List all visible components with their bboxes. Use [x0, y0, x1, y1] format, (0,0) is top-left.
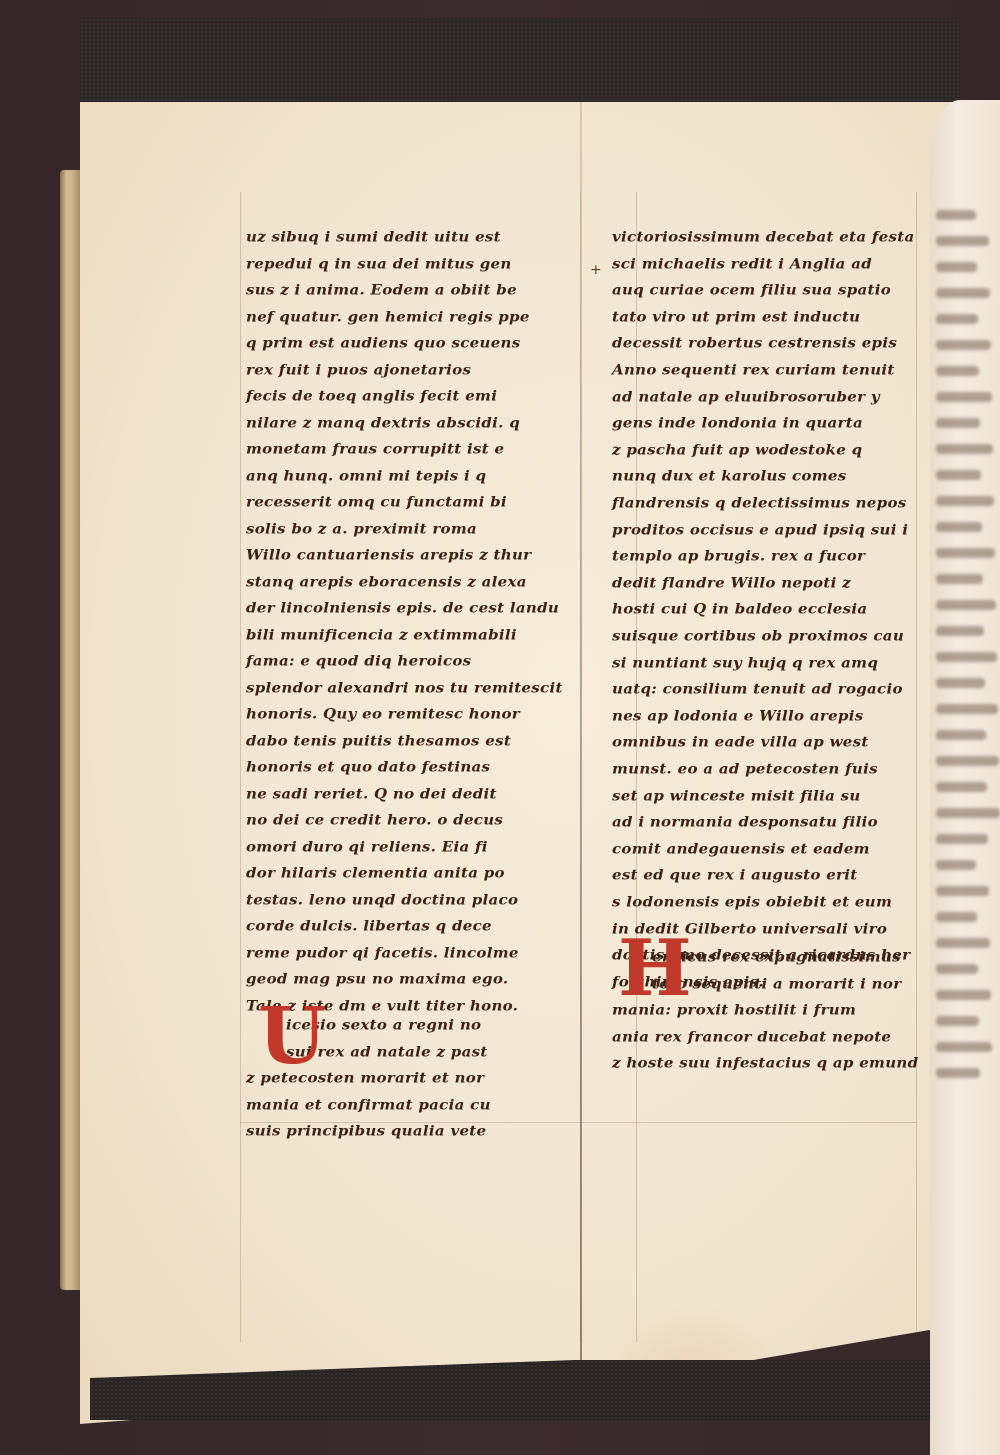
- manuscript-line: repedui q in sua dei mitus gen: [246, 255, 512, 271]
- facing-page-text-ghost: [936, 1068, 980, 1078]
- manuscript-line: Willo cantuariensis arepis z thur: [246, 547, 531, 563]
- facing-page-text-ghost: [936, 730, 986, 740]
- manuscript-line: ne sadi reriet. Q no dei dedit: [246, 785, 497, 801]
- rubric-initial-u: U: [258, 998, 326, 1076]
- facing-page-text-ghost: [936, 262, 977, 272]
- facing-page-text-ghost: [936, 990, 991, 1000]
- manuscript-line: fama: e quod diq heroicos: [246, 653, 471, 669]
- facing-page-curl: [930, 100, 1000, 1455]
- facing-page-text-ghost: [936, 314, 978, 324]
- manuscript-line: hosti cui Q in baldeo ecclesia: [612, 601, 867, 617]
- manuscript-line: stanq arepis eboracensis z alexa: [246, 573, 527, 589]
- facing-page-text-ghost: [936, 860, 976, 870]
- manuscript-line: bili munificencia z extimmabili: [246, 626, 517, 642]
- manuscript-line: q prim est audiens quo sceuens: [246, 335, 521, 351]
- manuscript-line: splendor alexandri nos tu remitescit: [246, 679, 563, 695]
- manuscript-line: anq hunq. omni mi tepis i q: [246, 467, 486, 483]
- facing-page-text-ghost: [936, 912, 977, 922]
- manuscript-line: uatq: consilium tenuit ad rogacio: [612, 681, 903, 697]
- manuscript-line: solis bo z a. preximit roma: [246, 520, 477, 536]
- manuscript-line: decessit robertus cestrensis epis: [612, 335, 897, 351]
- manuscript-line: s lodonensis epis obiebit et eum: [612, 894, 892, 910]
- facing-page-text-ghost: [936, 938, 990, 948]
- manuscript-line: omnibus in eade villa ap west: [612, 734, 869, 750]
- manuscript-line: geod mag psu no maxima ego.: [246, 971, 508, 987]
- manuscript-line: uz sibuq i sumi dedit uitu est: [246, 229, 501, 245]
- facing-page-text-ghost: [936, 522, 982, 532]
- facing-page-text-ghost: [936, 288, 990, 298]
- ruling-line-left: [240, 192, 241, 1342]
- manuscript-line: corde dulcis. libertas q dece: [246, 918, 492, 934]
- manuscript-line: dor hilaris clementia anita po: [246, 865, 505, 881]
- manuscript-line: ad i normania desponsatu filio: [612, 814, 878, 830]
- manuscript-line: sus z i anima. Eodem a obiit be: [246, 282, 517, 298]
- manuscript-line: dedit flandre Willo nepoti z: [612, 575, 851, 591]
- manuscript-line: fecis de toeq anglis fecit emi: [246, 388, 497, 404]
- manuscript-line: victoriosissimum decebat eta festa: [612, 229, 914, 245]
- facing-page-text-ghost: [936, 782, 987, 792]
- manuscript-line: z pascha fuit ap wodestoke q: [612, 442, 862, 458]
- manuscript-line: auq curiae ocem filiu sua spatio: [612, 282, 891, 298]
- manuscript-line: z hoste suu infestacius q ap emund: [612, 1055, 918, 1071]
- manuscript-line: suis principibus qualia vete: [246, 1123, 486, 1139]
- manuscript-line: nilare z manq dextris abscidi. q: [246, 414, 520, 430]
- manuscript-line: gens inde londonia in quarta: [612, 415, 863, 431]
- facing-page-text-ghost: [936, 808, 1000, 818]
- facing-page-text-ghost: [936, 574, 983, 584]
- manuscript-line: sci michaelis redit i Anglia ad: [612, 255, 872, 271]
- manuscript-line: honoris et quo dato festinas: [246, 759, 490, 775]
- facing-page-text-ghost: [936, 470, 981, 480]
- manuscript-line: rex fuit i puos ajonetarios: [246, 361, 471, 377]
- margin-mark: +: [590, 262, 602, 278]
- facing-page-text-ghost: [936, 548, 995, 558]
- facing-page-text-ghost: [936, 366, 979, 376]
- manuscript-line: ania rex francor ducebat nepote: [612, 1029, 891, 1045]
- manuscript-line: proditos occisus e apud ipsiq sui i: [612, 521, 908, 537]
- manuscript-line: mania et confirmat pacia cu: [246, 1096, 491, 1112]
- manuscript-line: si nuntiant suy hujq q rex amq: [612, 654, 878, 670]
- facing-page-text-ghost: [936, 1016, 979, 1026]
- manuscript-line: est ed que rex i augusto erit: [612, 867, 857, 883]
- column-crease: [580, 102, 582, 1362]
- page-edges-text-block: [60, 170, 82, 1290]
- facing-page-text-ghost: [936, 964, 978, 974]
- binding-board-top: [80, 18, 960, 108]
- facing-page-text-ghost: [936, 652, 997, 662]
- facing-page-text-ghost: [936, 886, 989, 896]
- facing-page-text-ghost: [936, 210, 976, 220]
- manuscript-line: recesserit omq cu functami bi: [246, 494, 507, 510]
- facing-page-text-ghost: [936, 704, 998, 714]
- manuscript-line: munst. eo a ad petecosten fuis: [612, 761, 878, 777]
- manuscript-line: omori duro qi reliens. Eia fi: [246, 838, 488, 854]
- manuscript-line: nunq dux et karolus comes: [612, 468, 846, 484]
- facing-page-text-ghost: [936, 600, 996, 610]
- facing-page-text-ghost: [936, 418, 980, 428]
- rubric-initial-h: H: [618, 930, 692, 1008]
- manuscript-line: flandrensis q delectissimus nepos: [612, 495, 907, 511]
- manuscript-line: comit andegauensis et eadem: [612, 841, 870, 857]
- manuscript-line: der lincolniensis epis. de cest landu: [246, 600, 559, 616]
- manuscript-line: set ap winceste misit filia su: [612, 787, 861, 803]
- facing-page-text-ghost: [936, 392, 992, 402]
- facing-page-text-ghost: [936, 444, 993, 454]
- facing-page-text-ghost: [936, 496, 994, 506]
- manuscript-line: monetam fraus corrupitt ist e: [246, 441, 504, 457]
- manuscript-line: Anno sequenti rex curiam tenuit: [612, 362, 895, 378]
- facing-page-text-ghost: [936, 834, 988, 844]
- manuscript-line: honoris. Quy eo remitesc honor: [246, 706, 520, 722]
- manuscript-line: reme pudor qi facetis. lincolme: [246, 944, 519, 960]
- manuscript-line: suisque cortibus ob proximos cau: [612, 628, 904, 644]
- manuscript-line: nes ap lodonia e Willo arepis: [612, 708, 863, 724]
- manuscript-line: no dei ce credit hero. o decus: [246, 812, 503, 828]
- manuscript-line: templo ap brugis. rex a fucor: [612, 548, 865, 564]
- facing-page-text-ghost: [936, 1042, 992, 1052]
- facing-page-text-ghost: [936, 678, 985, 688]
- manuscript-line: ad natale ap eluuibrosoruber y: [612, 388, 880, 404]
- manuscript-line: testas. leno unqd doctina placo: [246, 891, 518, 907]
- facing-page-text-ghost: [936, 340, 991, 350]
- manuscript-line: nef quatur. gen hemici regis ppe: [246, 308, 530, 324]
- facing-page-text-ghost: [936, 756, 999, 766]
- facing-page-text-ghost: [936, 236, 989, 246]
- facing-page-text-ghost: [936, 626, 984, 636]
- manuscript-line: tato viro ut prim est inductu: [612, 309, 860, 325]
- manuscript-line: dabo tenis puitis thesamos est: [246, 732, 511, 748]
